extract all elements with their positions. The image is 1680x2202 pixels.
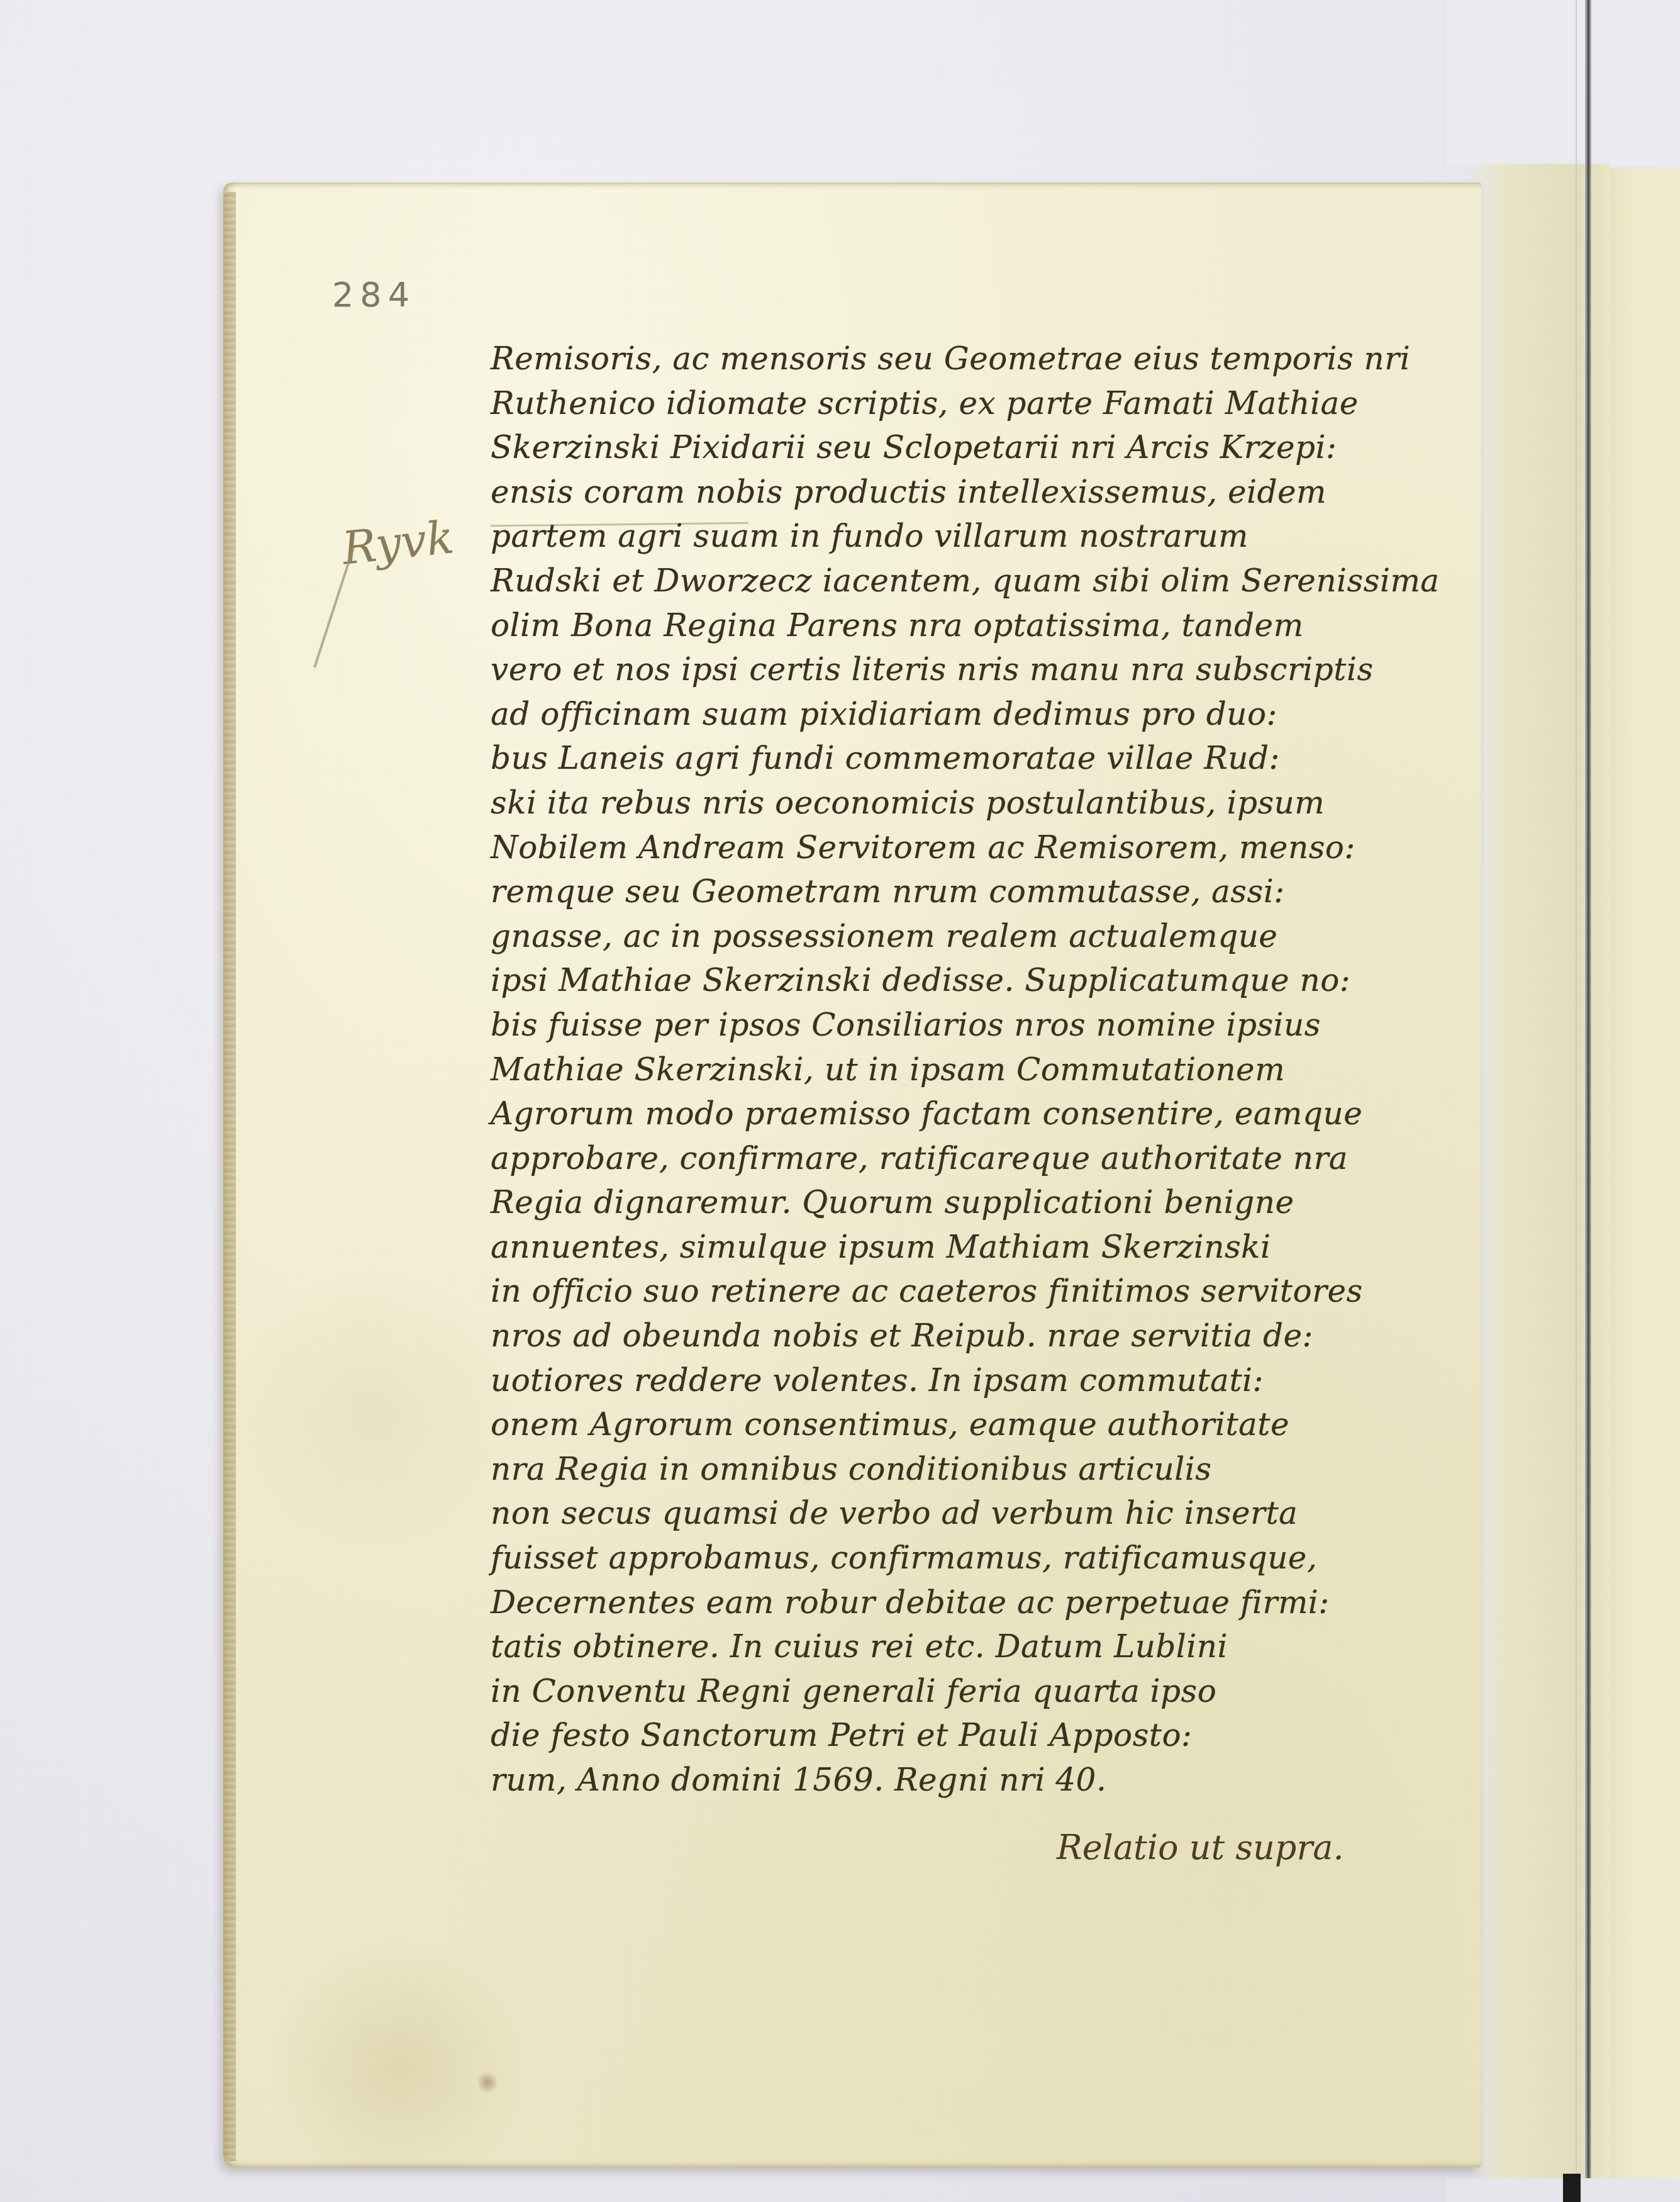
manuscript-line: fuisset approbamus, confirmamus, ratific… [491,1536,1522,1580]
manuscript-line: remque seu Geometram nrum commutasse, as… [491,869,1522,914]
manuscript-line: ensis coram nobis productis intellexisse… [491,470,1522,515]
manuscript-line: Mathiae Skerzinski, ut in ipsam Commutat… [491,1048,1522,1092]
manuscript-line: Rudski et Dworzecz iacentem, quam sibi o… [491,559,1522,603]
manuscript-line: gnasse, ac in possessionem realem actual… [491,914,1522,959]
manuscript-line: onem Agrorum consentimus, eamque authori… [491,1402,1522,1447]
manuscript-line: olim Bona Regina Parens nra optatissima,… [491,603,1522,648]
manuscript-line: Regia dignaremur. Quorum supplicationi b… [491,1180,1522,1225]
manuscript-line: approbare, confirmare, ratificareque aut… [491,1136,1522,1181]
manuscript-line: partem agri suam in fundo villarum nostr… [491,514,1522,559]
manuscript-line: nros ad obeunda nobis et Reipub. nrae se… [491,1314,1522,1358]
folio-number: 284 [332,275,416,315]
manuscript-line: rum, Anno domini 1569. Regni nri 40. [491,1758,1522,1802]
manuscript-line: annuentes, simulque ipsum Mathiam Skerzi… [491,1225,1522,1270]
manuscript-line: nra Regia in omnibus conditionibus artic… [491,1447,1522,1492]
scan-background-top-right [1447,0,1680,167]
manuscript-line: in officio suo retinere ac caeteros fini… [491,1269,1522,1314]
leaf-left-edge [223,192,236,2161]
subscription-relatio: Relatio ut supra. [1057,1828,1344,1867]
manuscript-line: uotiores reddere volentes. In ipsam comm… [491,1358,1522,1403]
ink-stain [478,2070,497,2095]
manuscript-line: tatis obtinere. In cuius rei etc. Datum … [491,1624,1522,1669]
binding-shadow [1563,2174,1581,2202]
manuscript-line: Ruthenico idiomate scriptis, ex parte Fa… [491,381,1522,426]
manuscript-line: ski ita rebus nris oeconomicis postulant… [491,781,1522,825]
manuscript-line: Nobilem Andream Servitorem ac Remisorem,… [491,825,1522,870]
glass-edge-line [1576,0,1577,2202]
manuscript-line: ipsi Mathiae Skerzinski dedisse. Supplic… [491,958,1522,1003]
manuscript-line: Agrorum modo praemisso factam consentire… [491,1092,1522,1136]
manuscript-text-block: Remisoris, ac mensoris seu Geometrae eiu… [491,337,1522,1802]
gutter-line [1585,0,1591,2202]
manuscript-line: bus Laneis agri fundi commemoratae villa… [491,736,1522,781]
manuscript-line: bis fuisse per ipsos Consiliarios nros n… [491,1003,1522,1048]
manuscript-line: Decernentes eam robur debitae ac perpetu… [491,1580,1522,1625]
manuscript-line: Remisoris, ac mensoris seu Geometrae eiu… [491,337,1522,381]
facing-page-edge [1610,169,1680,2182]
manuscript-line: non secus quamsi de verbo ad verbum hic … [491,1491,1522,1536]
manuscript-line: ad officinam suam pixidiariam dedimus pr… [491,692,1522,737]
manuscript-line: vero et nos ipsi certis literis nris man… [491,647,1522,692]
manuscript-line: in Conventu Regni generali feria quarta … [491,1669,1522,1714]
manuscript-line: die festo Sanctorum Petri et Pauli Appos… [491,1713,1522,1758]
manuscript-line: Skerzinski Pixidarii seu Sclopetarii nri… [491,425,1522,470]
